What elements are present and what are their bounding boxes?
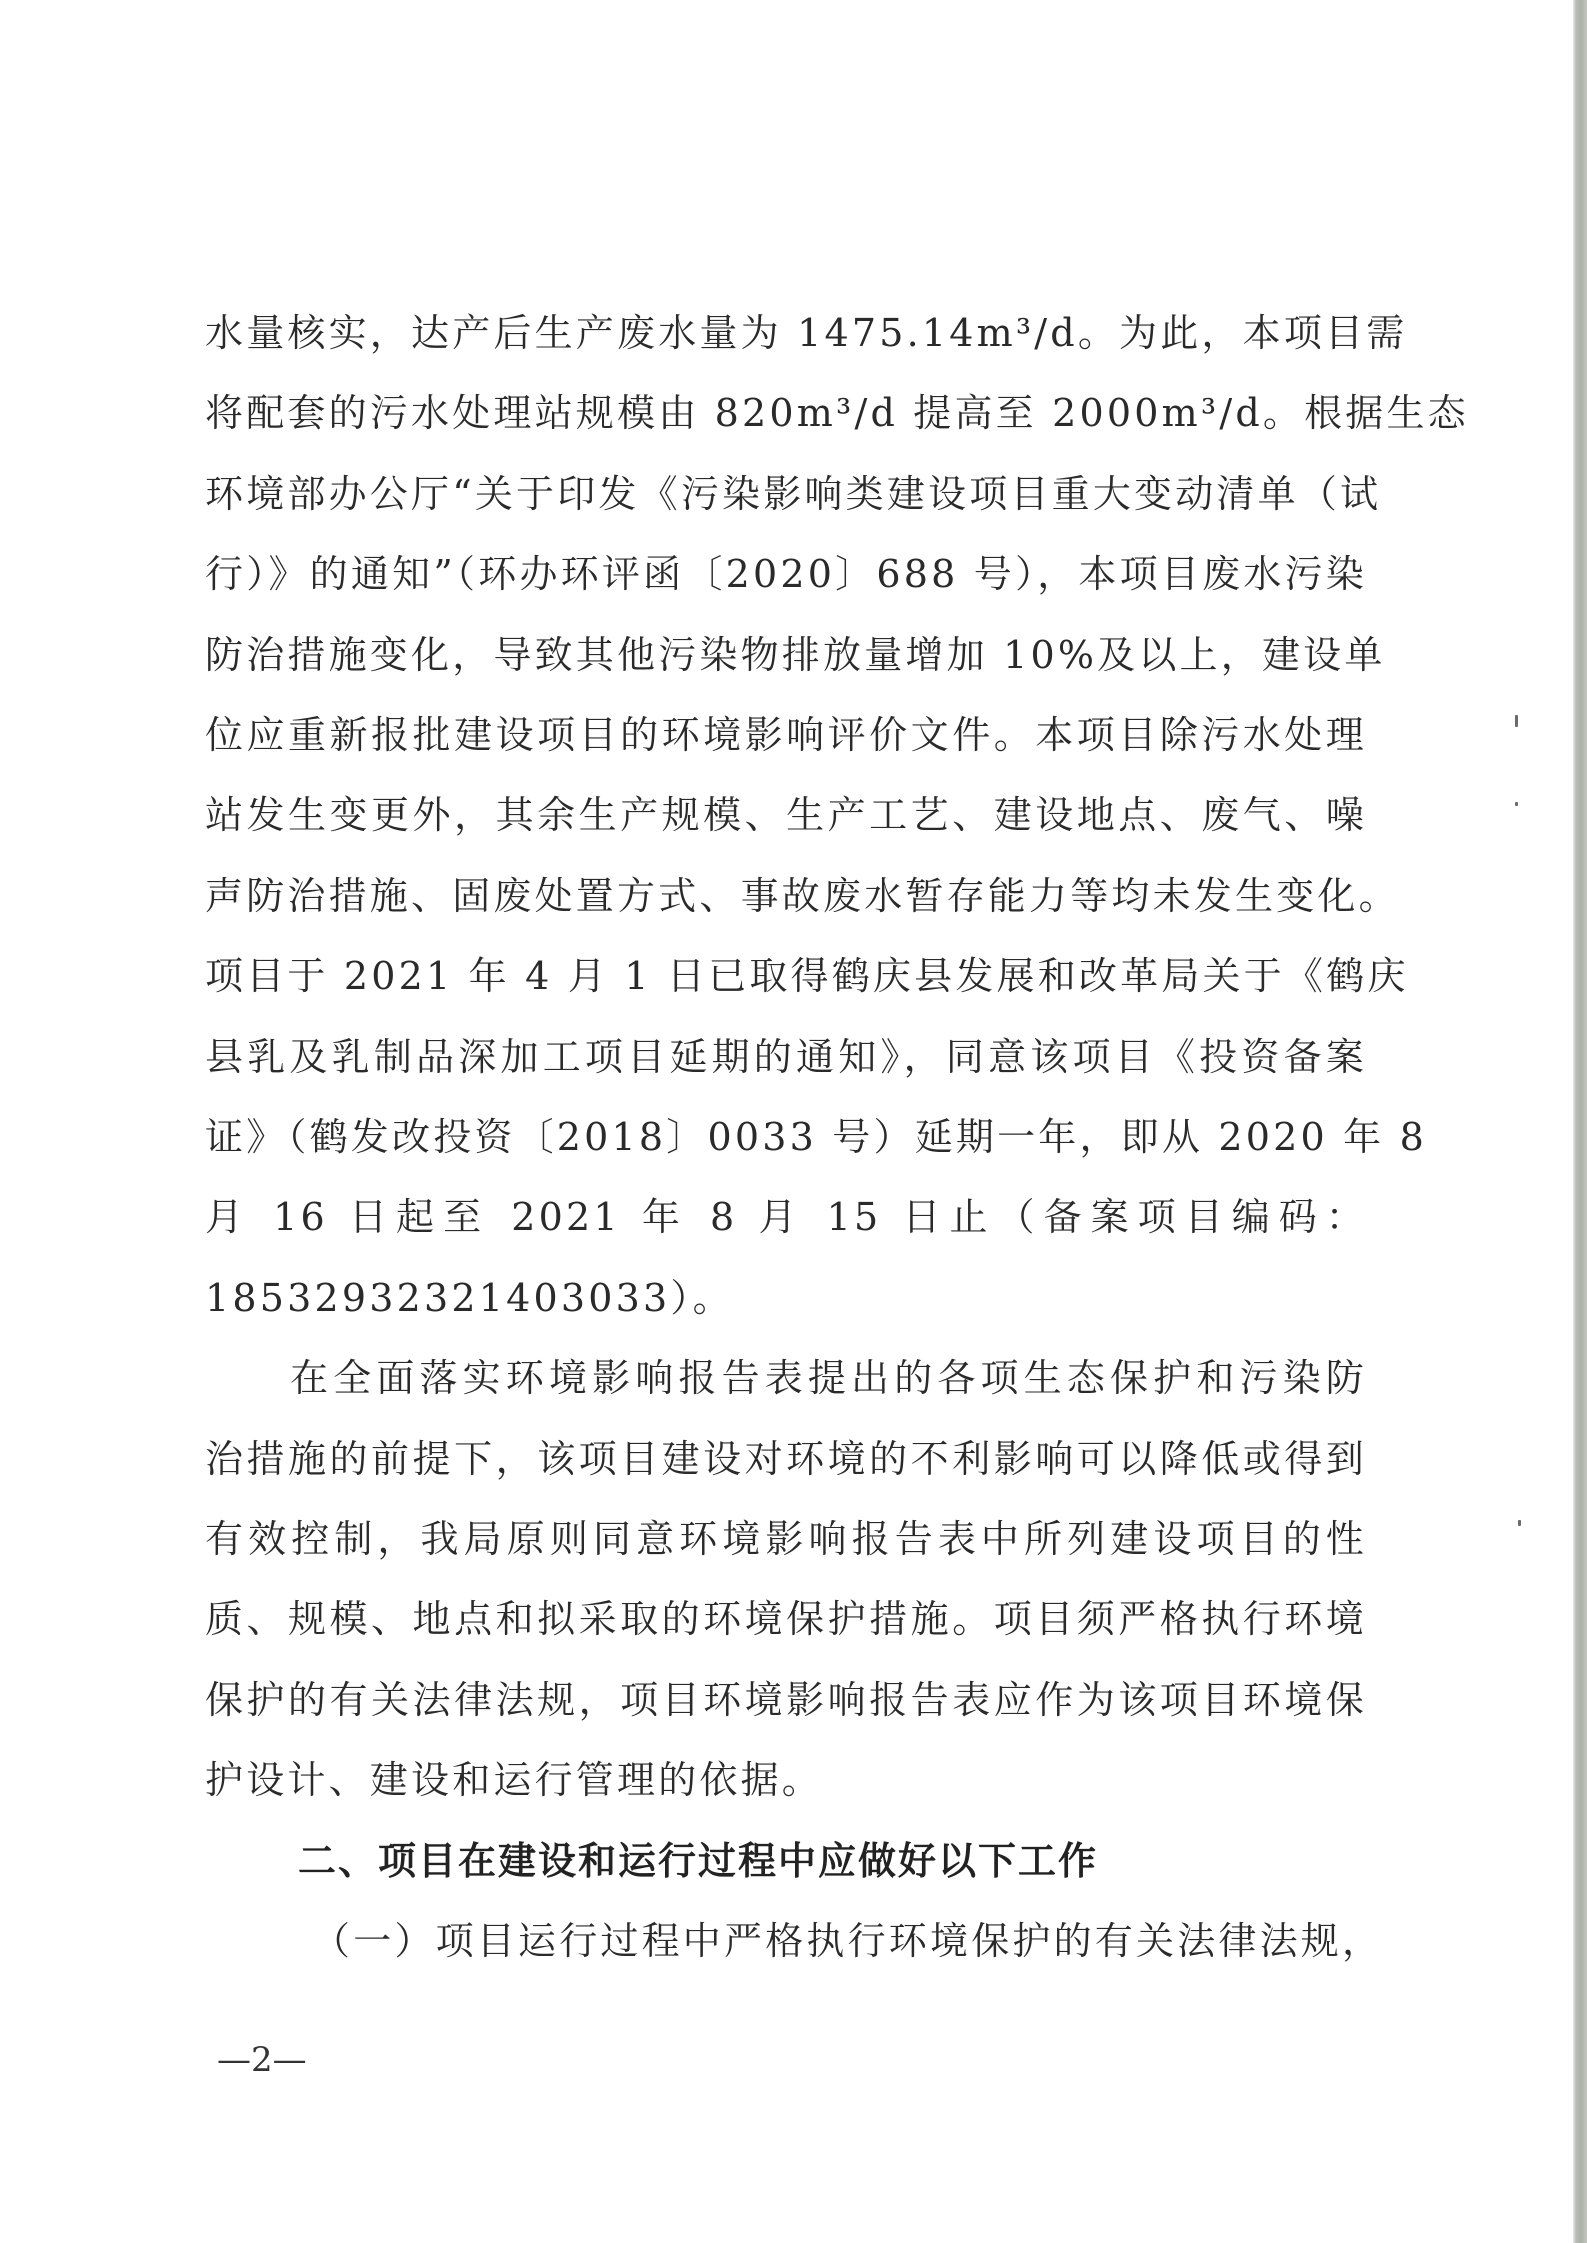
- text-line: 行）》的通知”（环办环评函〔2020〕688 号），本项目废水污染: [205, 534, 1367, 614]
- text-line: 治措施的前提下，该项目建设对环境的不利影响可以降低或得到: [205, 1419, 1367, 1499]
- scan-speck: [1515, 715, 1518, 727]
- scan-edge-shadow: [1573, 0, 1587, 2243]
- text-line: 有效控制，我局原则同意环境影响报告表中所列建设项目的性: [205, 1499, 1367, 1579]
- text-line: 在全面落实环境影响报告表提出的各项生态保护和污染防: [290, 1338, 1367, 1418]
- sub-item-line: （一）项目运行过程中严格执行环境保护的有关法律法规，: [312, 1901, 1367, 1981]
- section-heading: 二、项目在建设和运行过程中应做好以下工作: [298, 1821, 1158, 1901]
- text-line: 月 16 日起至 2021 年 8 月 15 日止（备案项目编码：: [205, 1177, 1367, 1257]
- text-line: 项目于 2021 年 4 月 1 日已取得鹤庆县发展和改革局关于《鹤庆: [205, 936, 1367, 1016]
- text-line: 防治措施变化，导致其他污染物排放量增加 10%及以上，建设单: [205, 615, 1367, 695]
- text-line: 护设计、建设和运行管理的依据。: [205, 1740, 1367, 1820]
- text-line: 声防治措施、固废处置方式、事故废水暂存能力等均未发生变化。: [205, 856, 1367, 936]
- text-line: 站发生变更外，其余生产规模、生产工艺、建设地点、废气、噪: [205, 775, 1367, 855]
- text-line: 水量核实，达产后生产废水量为 1475.14m³/d。为此，本项目需: [205, 293, 1367, 373]
- text-line: 将配套的污水处理站规模由 820m³/d 提高至 2000m³/d。根据生态: [205, 373, 1367, 453]
- text-line: 质、规模、地点和拟采取的环境保护措施。项目须严格执行环境: [205, 1579, 1367, 1659]
- document-page: 水量核实，达产后生产废水量为 1475.14m³/d。为此，本项目需 将配套的污…: [0, 0, 1587, 2243]
- scan-speck: [1518, 1520, 1521, 1526]
- text-line: 保护的有关法律法规，项目环境影响报告表应作为该项目环境保: [205, 1660, 1367, 1740]
- text-line: 证》（鹤发改投资〔2018〕0033 号）延期一年，即从 2020 年 8: [205, 1097, 1367, 1177]
- page-number: —2—: [217, 2040, 307, 2080]
- scan-speck: [1515, 802, 1518, 806]
- text-line: 位应重新报批建设项目的环境影响评价文件。本项目除污水处理: [205, 695, 1367, 775]
- text-line: 18532932321403033）。: [205, 1258, 1367, 1338]
- text-line: 县乳及乳制品深加工项目延期的通知》，同意该项目《投资备案: [205, 1017, 1367, 1097]
- text-line: 环境部办公厅“关于印发《污染影响类建设项目重大变动清单（试: [205, 454, 1367, 534]
